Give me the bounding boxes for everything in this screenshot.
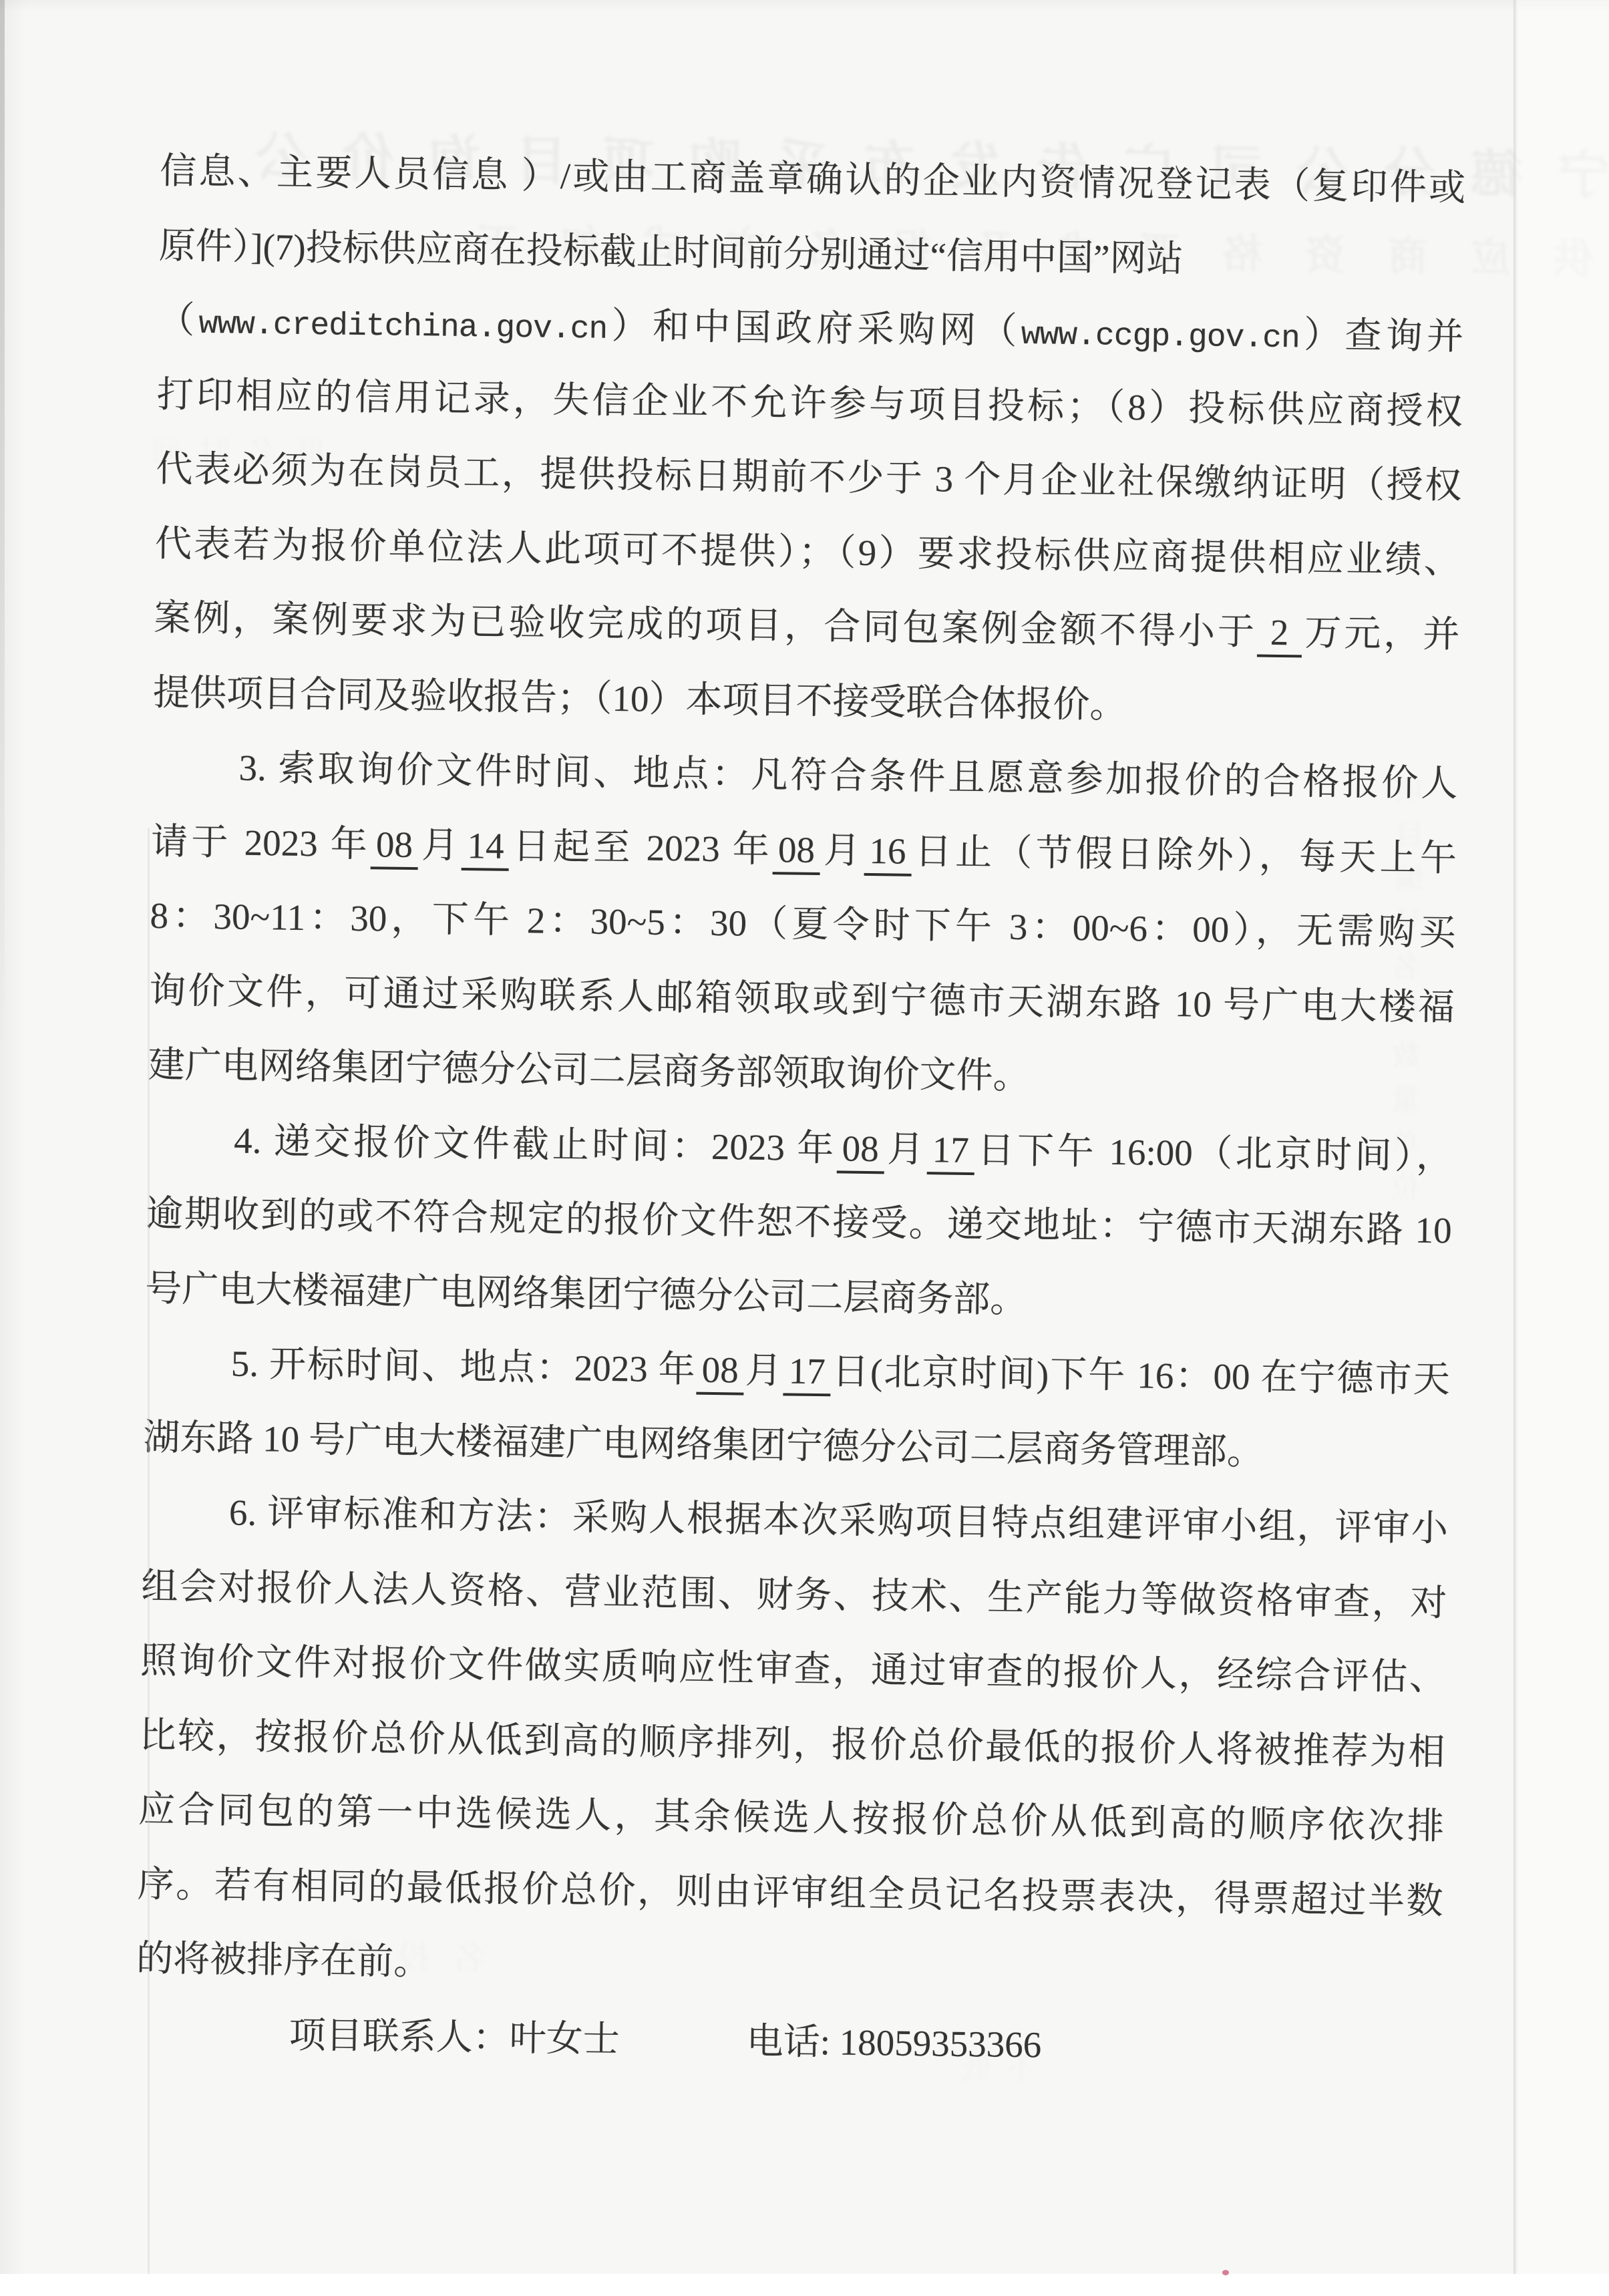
text-segment: 的将被排序在前。 — [136, 1938, 431, 1983]
word-gap — [619, 2052, 746, 2053]
scanned-document-page: 宁德分公司广告发布采购项目询价公供应商资格要求及报名方式如下报名时间项目编号名称… — [0, 0, 1609, 2296]
text-segment: 请于 2023 年 — [151, 820, 371, 864]
underlined-value: 17 — [926, 1129, 974, 1175]
underlined-value: 08 — [371, 824, 419, 870]
text-segment: 逾期收到的或不符合规定的报价文件恕不接受。递交地址：宁德市天湖东路 10 — [146, 1193, 1452, 1251]
text-segment: 月 — [884, 1128, 927, 1170]
text-segment: 日(北京时间)下午 16：00 在宁德市天 — [830, 1351, 1450, 1400]
url-text: www.ccgp.gov.cn — [1021, 317, 1300, 357]
text-segment: 湖东路 10 号广电大楼福建广电网络集团宁德分公司二层商务管理部。 — [143, 1416, 1264, 1472]
underlined-value: 17 — [783, 1350, 831, 1396]
text-segment: 4. 递交报价文件截止时间：2023 年 — [234, 1120, 837, 1168]
text-segment: 询价文件，可通过采购联系人邮箱领取或到宁德市天湖东路 10 号广电大楼福 — [149, 969, 1455, 1027]
text-segment: 比较，按报价总价从低到高的顺序排列，报价总价最低的报价人将被推荐为相 — [139, 1714, 1445, 1772]
text-segment: 月 — [820, 830, 864, 871]
text-segment: 组会对报价人法人资格、营业范围、财务、技术、生产能力等做资格审查，对 — [141, 1565, 1447, 1623]
text-segment: 项目联系人：叶女士 — [289, 2014, 620, 2059]
text-segment: （ — [158, 299, 199, 341]
text-segment: 应合同包的第一中选候选人，其余候选人按报价总价从低到高的顺序依次排 — [138, 1789, 1445, 1847]
text-segment: 打印相应的信用记录，失信企业不允许参与项目投标；（8）投标供应商授权 — [156, 373, 1463, 432]
page-edge-line-left — [0, 0, 5, 1069]
url-text: www.creditchina.gov.cn — [198, 307, 607, 348]
text-segment: 序。若有相同的最低报价总价，则由评审组全员记名投票表决，得票超过半数 — [137, 1863, 1443, 1921]
underlined-value: 08 — [773, 829, 821, 875]
scanner-edge-strip — [0, 2274, 1609, 2296]
scan-light-band-right — [1518, 0, 1609, 2274]
text-segment: 原件）](7)投标供应商在投标截止时间前分别通过“信用中国”网站 — [158, 224, 1183, 279]
text-segment: 万元，并 — [1302, 612, 1460, 655]
text-segment: 代表若为报价单位法人此项可不提供）；（9）要求投标供应商提供相应业绩、 — [155, 522, 1461, 581]
text-segment: 照询价文件对报价文件做实质响应性审查，通过审查的报价人，经综合评估、 — [140, 1640, 1447, 1698]
text-segment: 信息、主要人员信息 ）/或由工商盖章确认的企业内资情况登记表（复印件或 — [160, 150, 1466, 208]
text-segment: 日止（节假日除外），每天上午 — [911, 830, 1457, 878]
text-segment: 日下午 16:00（北京时间）， — [974, 1130, 1453, 1176]
text-segment: 提供项目合同及验收报告；（10）本项目不接受联合体报价。 — [153, 671, 1127, 725]
text-segment: 8：30~11：30，下午 2：30~5：30（夏令时下午 3：00~6：00）… — [150, 895, 1456, 953]
text-segment: 5. 开标时间、地点：2023 年 — [231, 1343, 697, 1390]
text-segment: 月 — [418, 824, 462, 866]
underlined-value: 08 — [696, 1349, 744, 1396]
text-segment: 6. 评审标准和方法：采购人根据本次采购项目特点组建评审小组，评审小 — [229, 1492, 1449, 1549]
text-segment: ）查询并 — [1299, 314, 1463, 357]
text-segment: 3. 索取询价文件时间、地点：凡符合条件且愿意参加报价的合格报价人 — [238, 748, 1458, 804]
text-segment: 建广电网络集团宁德分公司二层商务部领取询价文件。 — [148, 1044, 1030, 1096]
text-segment: 案例，案例要求为已验收完成的项目，合同包案例金额不得小于 — [154, 597, 1257, 653]
document-text-block: 信息、主要人员信息 ）/或由工商盖章确认的企业内资情况登记表（复印件或原件）](… — [135, 134, 1466, 2087]
underlined-value: 2 — [1256, 612, 1302, 658]
text-segment: 代表必须为在岗员工，提供投标日期前不少于 3 个月企业社保缴纳证明（授权 — [156, 448, 1462, 506]
page-edge-shading-top — [0, 0, 1609, 12]
text-segment: 电话: 18059353366 — [746, 2020, 1041, 2065]
page-edge-shading-left — [0, 0, 27, 2274]
underlined-value: 16 — [864, 830, 912, 876]
text-segment: ）和中国政府采购网（ — [607, 305, 1021, 351]
text-segment: 月 — [743, 1350, 783, 1391]
ink-speck — [1222, 2270, 1229, 2275]
underlined-value: 08 — [836, 1128, 884, 1174]
underlined-value: 14 — [462, 825, 510, 871]
scan-crease-line-right — [1513, 0, 1518, 2274]
text-segment: 号广电大楼福建广电网络集团宁德分公司二层商务部。 — [145, 1267, 1027, 1319]
text-segment: 日起至 2023 年 — [509, 825, 773, 869]
